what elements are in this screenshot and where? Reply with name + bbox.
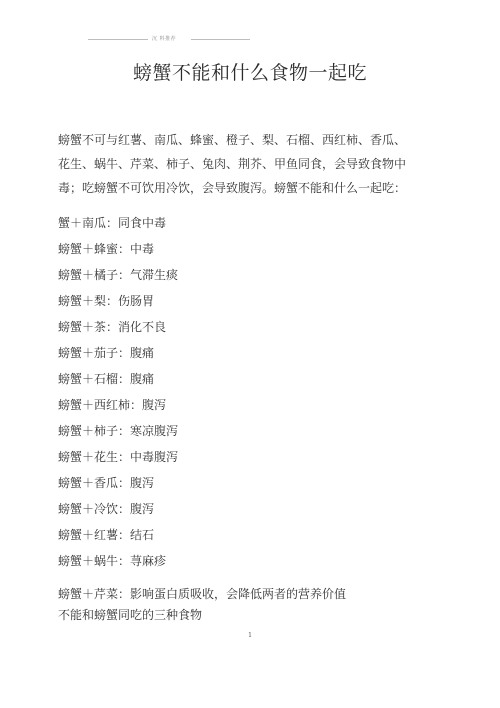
list-item: 螃蟹＋橘子：气滞生痰 (58, 262, 438, 288)
section-heading: 不能和螃蟹同吃的三种食物 (58, 605, 438, 626)
header-label: 沉 料推荐 (152, 35, 176, 42)
list-item: 螃蟹＋冷饮：腹泻 (58, 496, 438, 522)
celery-line: 螃蟹＋芹菜：影响蛋白质吸收，会降低两者的营养价值 (58, 584, 438, 605)
list-item: 螃蟹＋石榴：腹痛 (58, 366, 438, 392)
intro-paragraph: 螃蟹不可与红薯、南瓜、蜂蜜、橙子、梨、石榴、西红柿、香瓜、花生、蜗牛、芹菜、柿子… (58, 128, 408, 200)
page-number: 1 (0, 632, 500, 639)
list-item: 螃蟹＋香瓜：腹泻 (58, 470, 438, 496)
list-item: 螃蟹＋西红柿：腹泻 (58, 392, 438, 418)
list-item: 螃蟹＋梨：伤肠胃 (58, 288, 438, 314)
header-divider-right (191, 39, 250, 40)
list-item: 螃蟹＋柿子：寒凉腹泻 (58, 418, 438, 444)
tail-paragraph: 螃蟹＋芹菜：影响蛋白质吸收，会降低两者的营养价值 不能和螃蟹同吃的三种食物 (58, 584, 438, 626)
combination-list: 蟹＋南瓜：同食中毒 螃蟹＋蜂蜜：中毒 螃蟹＋橘子：气滞生痰 螃蟹＋梨：伤肠胃 螃… (58, 210, 438, 574)
list-item: 螃蟹＋蜂蜜：中毒 (58, 236, 438, 262)
list-item: 螃蟹＋茶：消化不良 (58, 314, 438, 340)
list-item: 螃蟹＋花生：中毒腹泻 (58, 444, 438, 470)
list-item: 螃蟹＋红薯：结石 (58, 522, 438, 548)
list-item: 螃蟹＋蜗牛：荨麻疹 (58, 548, 438, 574)
list-item: 螃蟹＋茄子：腹痛 (58, 340, 438, 366)
page-title: 螃蟹不能和什么食物一起吃 (0, 58, 500, 85)
list-item: 蟹＋南瓜：同食中毒 (58, 210, 438, 236)
header-divider-left (88, 39, 148, 40)
header-rule: 沉 料推荐 (88, 38, 250, 50)
